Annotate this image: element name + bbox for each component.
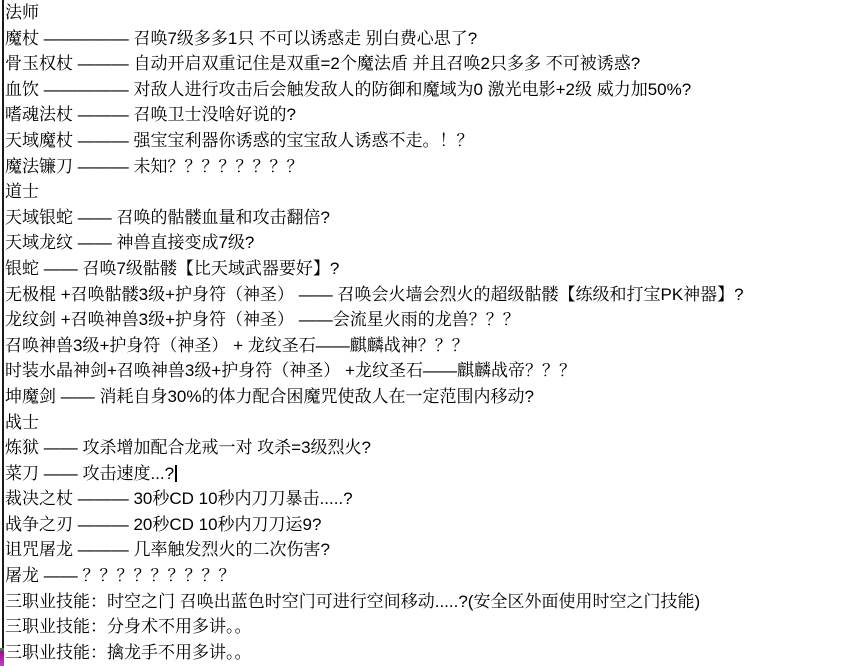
text-line[interactable]: 菜刀 —— 攻击速度...? bbox=[5, 461, 855, 487]
text-line[interactable]: 骨玉权杖 ——— 自动开启双重记住是双重=2个魔法盾 并且召唤2只多多 不可被诱… bbox=[5, 51, 855, 77]
text-line[interactable]: 裁决之杖 ——— 30秒CD 10秒内刀刀暴击.....? bbox=[5, 486, 855, 512]
text-line[interactable]: 无极棍 +召唤骷髅3级+护身符（神圣） —— 召唤会火墙会烈火的超级骷髅【练级和… bbox=[5, 282, 855, 308]
line-text: 骨玉权杖 ——— 自动开启双重记住是双重=2个魔法盾 并且召唤2只多多 不可被诱… bbox=[5, 54, 640, 73]
line-text: 屠龙 —— ？？？？？？？？？ bbox=[5, 566, 235, 585]
text-line[interactable]: 战士 bbox=[5, 410, 855, 436]
text-line[interactable]: 龙纹剑 +召唤神兽3级+护身符（神圣） ——会流星火雨的龙兽？？？ bbox=[5, 307, 855, 333]
text-line[interactable]: 坤魔剑 —— 消耗自身30%的体力配合困魔咒使敌人在一定范围内移动? bbox=[5, 384, 855, 410]
line-text: 魔法镰刀 ——— 未知？？？？？？？？ bbox=[5, 157, 303, 176]
line-text: 三职业技能：擒龙手不用多讲。。 bbox=[5, 643, 252, 662]
line-text: 坤魔剑 —— 消耗自身30%的体力配合困魔咒使敌人在一定范围内移动? bbox=[5, 387, 534, 406]
text-line[interactable]: 天域龙纹 —— 神兽直接变成7级? bbox=[5, 230, 855, 256]
line-text: 天域银蛇 —— 召唤的骷髅血量和攻击翻倍? bbox=[5, 208, 330, 227]
text-line[interactable]: 三职业技能：分身术不用多讲。。 bbox=[5, 614, 855, 640]
text-line[interactable]: 炼狱 —— 攻杀增加配合龙戒一对 攻杀=3级烈火? bbox=[5, 435, 855, 461]
line-text: 天域魔杖 ——— 强宝宝利器你诱惑的宝宝敌人诱惑不走。！？ bbox=[5, 131, 473, 150]
text-cursor-caret bbox=[175, 465, 177, 482]
line-text: 道士 bbox=[5, 182, 39, 201]
text-line[interactable]: 天域魔杖 ——— 强宝宝利器你诱惑的宝宝敌人诱惑不走。！？ bbox=[5, 128, 855, 154]
bottom-left-screen-artifact bbox=[0, 648, 4, 666]
line-text: 时装水晶神剑+召唤神兽3级+护身符（神圣） +龙纹圣石——麒麟战帝？？？ bbox=[5, 361, 576, 380]
line-text: 菜刀 —— 攻击速度...? bbox=[5, 464, 174, 483]
line-text: 血饮 ————— 对敌人进行攻击后会触发敌人的防御和魔域为0 激光电影+2级 威… bbox=[5, 80, 691, 99]
text-line[interactable]: 三职业技能：时空之门 召唤出蓝色时空门可进行空间移动.....?(安全区外面使用… bbox=[5, 589, 855, 615]
line-text: 无极棍 +召唤骷髅3级+护身符（神圣） —— 召唤会火墙会烈火的超级骷髅【练级和… bbox=[5, 285, 744, 304]
line-text: 诅咒屠龙 ——— 几率触发烈火的二次伤害? bbox=[5, 540, 330, 559]
text-line[interactable]: 银蛇 —— 召唤7级骷髅【比天域武器要好】? bbox=[5, 256, 855, 282]
text-line[interactable]: 召唤神兽3级+护身符（神圣） + 龙纹圣石——麒麟战神？？？ bbox=[5, 333, 855, 359]
line-text: 银蛇 —— 召唤7级骷髅【比天域武器要好】? bbox=[5, 259, 339, 278]
line-text: 裁决之杖 ——— 30秒CD 10秒内刀刀暴击.....? bbox=[5, 489, 353, 508]
text-line[interactable]: 魔法镰刀 ——— 未知？？？？？？？？ bbox=[5, 154, 855, 180]
window-left-border bbox=[2, 0, 4, 666]
line-text: 天域龙纹 —— 神兽直接变成7级? bbox=[5, 233, 254, 252]
text-line[interactable]: 道士 bbox=[5, 179, 855, 205]
text-line[interactable]: 血饮 ————— 对敌人进行攻击后会触发敌人的防御和魔域为0 激光电影+2级 威… bbox=[5, 77, 855, 103]
text-line[interactable]: 时装水晶神剑+召唤神兽3级+护身符（神圣） +龙纹圣石——麒麟战帝？？？ bbox=[5, 358, 855, 384]
text-line[interactable]: 法师 bbox=[5, 0, 855, 26]
line-text: 战争之刃 ——— 20秒CD 10秒内刀刀运9? bbox=[5, 515, 321, 534]
line-text: 召唤神兽3级+护身符（神圣） + 龙纹圣石——麒麟战神？？？ bbox=[5, 336, 469, 355]
line-text: 龙纹剑 +召唤神兽3级+护身符（神圣） ——会流星火雨的龙兽？？？ bbox=[5, 310, 520, 329]
text-line[interactable]: 屠龙 —— ？？？？？？？？？ bbox=[5, 563, 855, 589]
text-line[interactable]: 天域银蛇 —— 召唤的骷髅血量和攻击翻倍? bbox=[5, 205, 855, 231]
line-text: 战士 bbox=[5, 413, 39, 432]
text-line[interactable]: 嗜魂法杖 ——— 召唤卫士没啥好说的? bbox=[5, 102, 855, 128]
line-text: 魔杖 ————— 召唤7级多多1只 不可以诱惑走 别白费心思了? bbox=[5, 29, 477, 48]
text-line[interactable]: 三职业技能：擒龙手不用多讲。。 bbox=[5, 640, 855, 666]
text-line[interactable]: 诅咒屠龙 ——— 几率触发烈火的二次伤害? bbox=[5, 537, 855, 563]
line-text: 嗜魂法杖 ——— 召唤卫士没啥好说的? bbox=[5, 105, 296, 124]
line-text: 炼狱 —— 攻杀增加配合龙戒一对 攻杀=3级烈火? bbox=[5, 438, 371, 457]
text-line[interactable]: 魔杖 ————— 召唤7级多多1只 不可以诱惑走 别白费心思了? bbox=[5, 26, 855, 52]
text-line[interactable]: 战争之刃 ——— 20秒CD 10秒内刀刀运9? bbox=[5, 512, 855, 538]
line-text: 三职业技能：时空之门 召唤出蓝色时空门可进行空间移动.....?(安全区外面使用… bbox=[5, 592, 700, 611]
line-text: 三职业技能：分身术不用多讲。。 bbox=[5, 617, 252, 636]
text-editor-area[interactable]: 法师 魔杖 ————— 召唤7级多多1只 不可以诱惑走 别白费心思了? 骨玉权杖… bbox=[5, 0, 855, 666]
line-text: 法师 bbox=[5, 3, 39, 22]
